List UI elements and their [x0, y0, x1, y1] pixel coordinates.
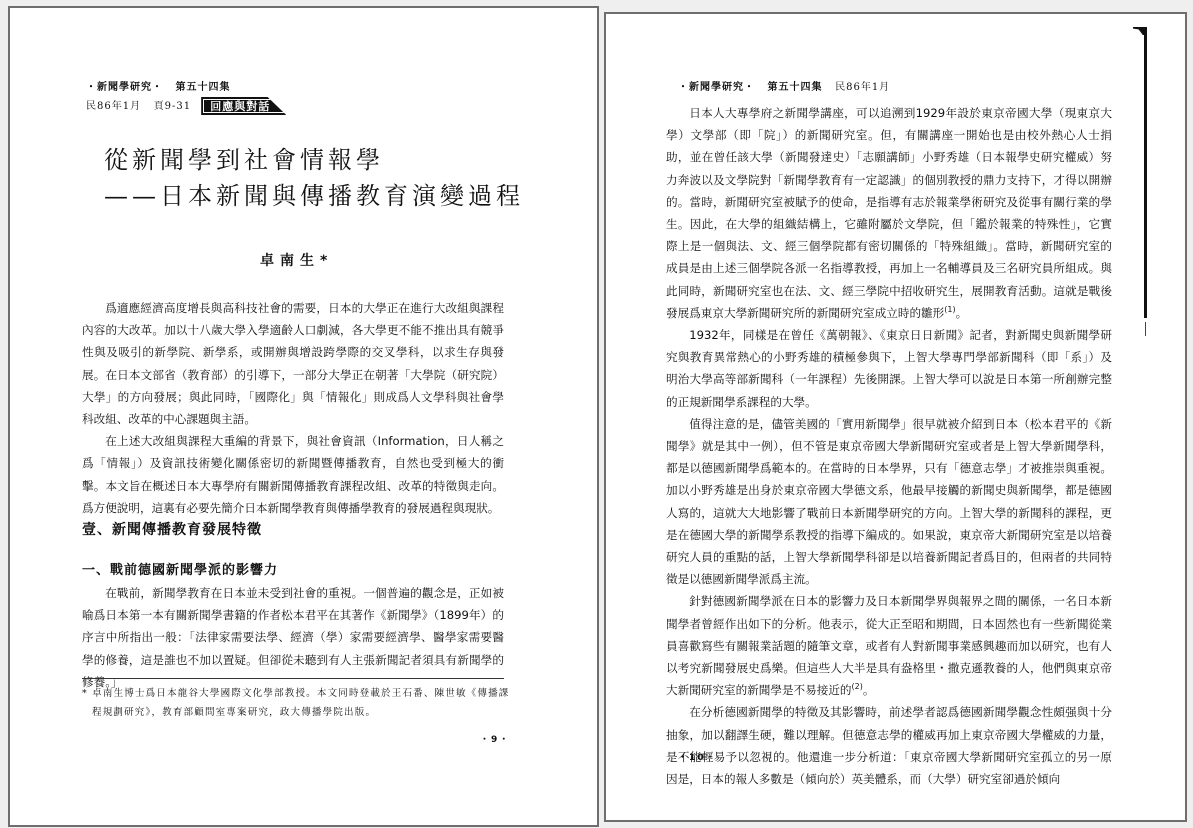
- journal-name: ・新聞學研究・: [678, 82, 755, 93]
- section-badge: 回應與對話: [201, 97, 286, 115]
- body-paragraph: 1932年，同樣是在曾任《萬朝報》、《東京日日新聞》記者，對新聞史與新聞學研究與…: [666, 324, 1112, 413]
- article-subtitle: ——日本新聞與傳播教育演變過程: [104, 176, 524, 211]
- body-paragraph: 值得注意的是，儘管美國的「實用新聞學」很早就被介紹到日本（松本君平的《新聞學》就…: [666, 413, 1112, 591]
- page-number: ・10・: [678, 750, 717, 763]
- section-heading: 壹、新聞傳播教育發展特徵: [82, 519, 262, 539]
- article-title: 從新聞學到社會情報學: [104, 140, 384, 175]
- scan-mark: [1145, 322, 1146, 336]
- section-body: 在戰前，新聞學教育在日本並未受到社會的重視。一個普遍的觀念是，正如被喻爲日本第一…: [82, 582, 504, 693]
- binding-edge-line: [1144, 28, 1147, 318]
- abstract: 爲適應經濟高度增長與高科技社會的需要，日本的大學正在進行大改組與課程內容的大改革…: [82, 297, 504, 519]
- footnote-ref: (2): [852, 682, 863, 691]
- author-footnote: * 卓南生博士爲日本龍谷大學國際文化學部教授。本文同時登載於王石番、陳世敏《傳播…: [82, 684, 510, 722]
- body-paragraph: 日本人大專學府之新聞學講座，可以追溯到1929年設於東京帝國大學（現東京大學）文…: [666, 102, 1112, 324]
- article-body: 日本人大專學府之新聞學講座，可以追溯到1929年設於東京帝國大學（現東京大學）文…: [666, 102, 1112, 790]
- volume-label: 第五十四集: [768, 82, 823, 93]
- subsection-heading: 一、戰前德國新聞學派的影響力: [82, 559, 278, 578]
- author-name: 卓南生*: [260, 250, 333, 270]
- document-page-10: ・新聞學研究・ 第五十四集 民86年1月 日本人大專學府之新聞學講座，可以追溯到…: [604, 12, 1187, 822]
- running-header: ・新聞學研究・ 第五十四集: [86, 78, 231, 93]
- issue-date: 民86年1月: [835, 82, 890, 93]
- paragraph-text: 針對德國新聞學派在日本的影響力及日本新聞學界與報界之間的關係，一名日本新聞學者曾…: [666, 594, 1112, 697]
- punctuation: 。: [863, 683, 875, 697]
- page-range: 頁9-31: [154, 101, 191, 112]
- volume-label: 第五十四集: [176, 82, 231, 93]
- abstract-paragraph: 爲適應經濟高度增長與高科技社會的需要，日本的大學正在進行大改組與課程內容的大改革…: [82, 297, 504, 430]
- page-number: ・9・: [480, 732, 510, 745]
- footnote-ref: (1): [944, 305, 955, 314]
- footnote-divider: [82, 678, 504, 679]
- body-paragraph: 在分析德國新聞學的特徵及其影響時，前述學者認爲德國新聞學觀念性頗强與十分抽象，加…: [666, 701, 1112, 790]
- body-paragraph: 針對德國新聞學派在日本的影響力及日本新聞學界與報界之間的關係，一名日本新聞學者曾…: [666, 590, 1112, 701]
- issue-info: 民86年1月 頁9-31 回應與對話: [86, 96, 286, 114]
- issue-date: 民86年1月: [86, 101, 141, 112]
- running-header: ・新聞學研究・ 第五十四集 民86年1月: [678, 78, 890, 93]
- punctuation: 。: [956, 306, 968, 320]
- body-paragraph: 在戰前，新聞學教育在日本並未受到社會的重視。一個普遍的觀念是，正如被喻爲日本第一…: [82, 582, 504, 693]
- abstract-paragraph: 在上述大改組與課程大重編的背景下，與社會資訊（Information，日人稱之爲…: [82, 430, 504, 519]
- paragraph-text: 日本人大專學府之新聞學講座，可以追溯到1929年設於東京帝國大學（現東京大學）文…: [666, 106, 1112, 320]
- document-page-9: ・新聞學研究・ 第五十四集 民86年1月 頁9-31 回應與對話 從新聞學到社會…: [8, 6, 599, 827]
- journal-name: ・新聞學研究・: [86, 82, 163, 93]
